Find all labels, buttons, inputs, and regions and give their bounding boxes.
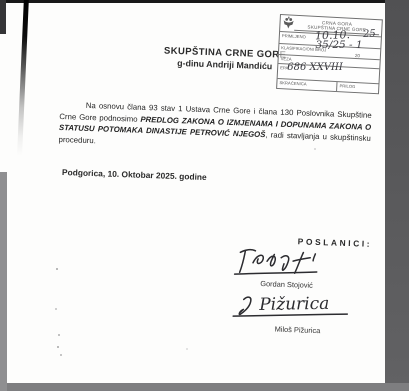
body-paragraph: Na osnovu člana 93 stav 1 Ustava Crne Go… <box>58 99 371 156</box>
scan-edge-top <box>0 0 385 3</box>
handwritten-classification-number: 35/25 - 1 <box>315 39 362 51</box>
signatures-section: POSLANICI: Gordan Stojović <box>229 234 372 337</box>
signature-block-1: Gordan Stojović <box>230 244 371 292</box>
scan-edge-right <box>385 0 409 391</box>
receipt-stamp: CRNA GORA SKUPŠTINA CRNE GORE PRIMLJENO … <box>276 14 383 94</box>
scan-edge-left <box>0 172 7 391</box>
binding-streak-artifact <box>17 0 29 156</box>
scan-speckles <box>56 268 58 270</box>
signer-name-2: Miloš Pižurica <box>275 325 369 337</box>
attachment-label: PRILOG <box>336 82 378 93</box>
reference-label: VEZA <box>281 56 292 62</box>
dateline: Podgorica, 10. Oktobar 2025. godine <box>62 167 207 182</box>
scanned-document-page: SKUPŠTINA CRNE GORE g-dinu Andriji Mandi… <box>0 0 409 391</box>
handwritten-year: 25 <box>363 28 376 40</box>
received-label: PRIMLJENO <box>282 33 306 39</box>
handwritten-epa-number: 686 XXVIII <box>287 62 343 73</box>
scan-corner-artifact <box>0 0 6 34</box>
signature-scrawl-1 <box>230 244 335 284</box>
signature-handwritten-name: Pižurica <box>258 294 329 315</box>
signature-scrawl-2: Pižurica <box>229 287 358 329</box>
signature-block-2: Pižurica Miloš Pižurica <box>229 287 370 337</box>
coat-of-arms-icon <box>282 16 295 30</box>
scan-edge-bottom <box>0 383 409 391</box>
abbreviation-label: SKRAĆENICA <box>277 79 337 91</box>
